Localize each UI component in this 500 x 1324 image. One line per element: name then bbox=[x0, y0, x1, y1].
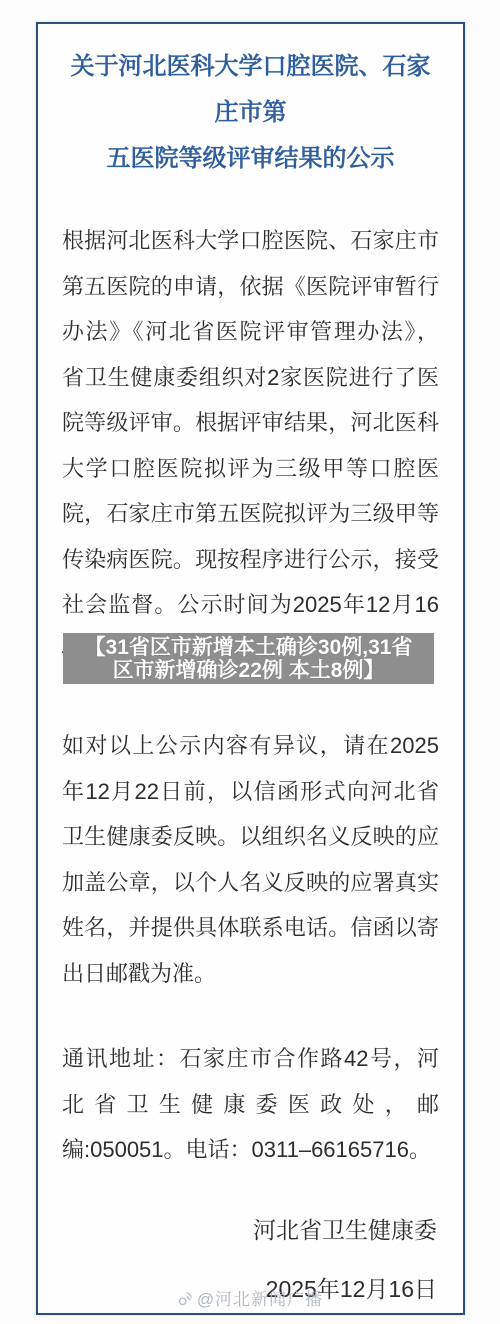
paragraph-line: 院，石家庄市第五医院拟评为三级甲等 bbox=[62, 491, 439, 537]
signature-name: 河北省卫生健康委 bbox=[62, 1207, 437, 1253]
covid-overlay-banner: 【31省区市新增本土确诊30例,31省 区市新增确诊22例 本土8例】 bbox=[63, 633, 434, 684]
notice-title: 关于河北医科大学口腔医院、石家庄市第 五医院等级评审结果的公示 bbox=[62, 44, 439, 182]
paragraph-line: 如对以上公示内容有异议，请在2025 bbox=[62, 723, 439, 769]
paragraph-line: 省卫生健康委组织对2家医院进行了医 bbox=[62, 355, 439, 401]
paragraph-line: 卫生健康委反映。以组织名义反映的应 bbox=[62, 814, 439, 860]
paragraph-line: 加盖公章，以个人名义反映的应署真实 bbox=[62, 860, 439, 906]
paragraph-line: 院等级评审。根据评审结果，河北医科 bbox=[62, 400, 439, 446]
paragraph-line: 通讯地址：石家庄市合作路42号，河 bbox=[62, 1036, 439, 1082]
overlay-line: 【31省区市新增本土确诊30例,31省 bbox=[63, 636, 434, 659]
notice-paragraph-contact: 通讯地址：石家庄市合作路42号，河 北省卫生健康委医政处，邮 编:050051。… bbox=[62, 1036, 439, 1173]
paragraph-line: 编:050051。电话：0311–66165716。 bbox=[62, 1127, 439, 1173]
paragraph-line: 传染病医院。现按程序进行公示，接受 bbox=[62, 537, 439, 583]
paragraph-line: 北省卫生健康委医政处，邮 bbox=[62, 1082, 439, 1128]
overlay-line: 区市新增确诊22例 本土8例】 bbox=[63, 659, 434, 682]
watermark-text: @河北新闻广播 bbox=[197, 1285, 323, 1310]
notice-paragraph-main: 根据河北医科大学口腔医院、石家庄市 第五医院的申请，依据《医院评审暂行 办法》《… bbox=[62, 218, 439, 673]
title-line: 五医院等级评审结果的公示 bbox=[62, 136, 439, 182]
notice-paragraph-objection: 如对以上公示内容有异议，请在2025 年12月22日前，以信函形式向河北省 卫生… bbox=[62, 723, 439, 996]
paragraph-line: 姓名，并提供具体联系电话。信函以寄 bbox=[62, 905, 439, 951]
title-line: 关于河北医科大学口腔医院、石家庄市第 bbox=[62, 44, 439, 136]
paragraph-line: 办法》《河北省医院评审管理办法》， bbox=[62, 309, 439, 355]
notice-page: 关于河北医科大学口腔医院、石家庄市第 五医院等级评审结果的公示 根据河北医科大学… bbox=[0, 0, 500, 1324]
paragraph-line: 社会监督。公示时间为2025年12月16 bbox=[62, 582, 439, 628]
paragraph-line: 大学口腔医院拟评为三级甲等口腔医 bbox=[62, 446, 439, 492]
paragraph-line: 第五医院的申请，依据《医院评审暂行 bbox=[62, 264, 439, 310]
paragraph-line: 年12月22日前，以信函形式向河北省 bbox=[62, 769, 439, 815]
watermark: @河北新闻广播 bbox=[0, 1285, 500, 1310]
paragraph-line: 根据河北医科大学口腔医院、石家庄市 bbox=[62, 218, 439, 264]
paragraph-line: 出日邮戳为准。 bbox=[62, 951, 439, 997]
broadcast-icon bbox=[177, 1288, 194, 1308]
